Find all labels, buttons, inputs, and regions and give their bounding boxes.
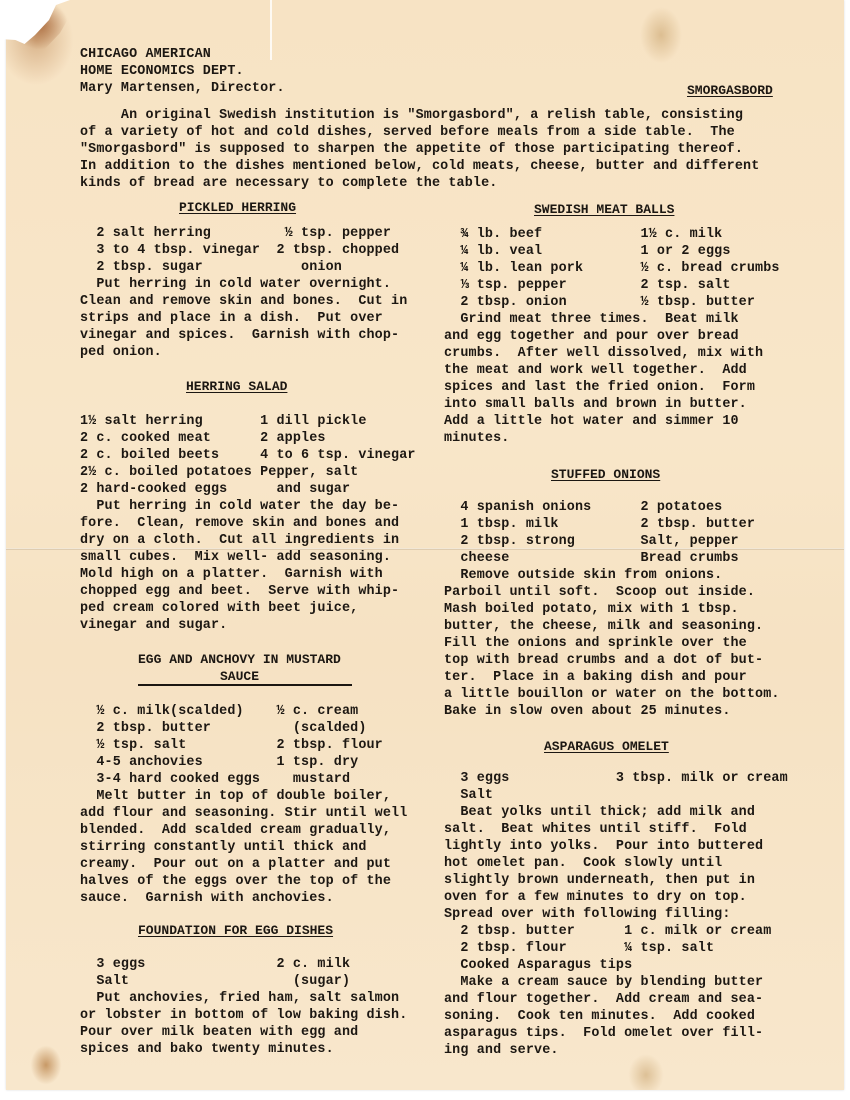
intro-line: "Smorgasbord" is supposed to sharpen the… <box>80 141 743 158</box>
recipe-line: slightly brown underneath, then put in <box>444 872 755 889</box>
recipe-line: Melt butter in top of double boiler, <box>80 788 391 805</box>
recipe-line: Pour over milk beaten with egg and <box>80 1024 358 1041</box>
recipe-line: 3-4 hard cooked eggs mustard <box>80 771 350 788</box>
recipe-line: fore. Clean, remove skin and bones and <box>80 515 399 532</box>
recipe-line: 2 salt herring ½ tsp. pepper <box>80 225 391 242</box>
recipe-line: top with bread crumbs and a dot of but- <box>444 652 763 669</box>
intro-line: of a variety of hot and cold dishes, ser… <box>80 124 735 141</box>
recipe-line: ped onion. <box>80 344 162 361</box>
recipe-line: and flour together. Add cream and sea- <box>444 991 763 1008</box>
recipe-line: 2 tbsp. butter 1 c. milk or cream <box>444 923 771 940</box>
intro-line: An original Swedish institution is "Smor… <box>80 107 743 124</box>
recipe-line: Salt <box>444 787 493 804</box>
recipe-line: ½ tsp. salt 2 tbsp. flour <box>80 737 383 754</box>
recipe-line: 2 tbsp. butter (scalded) <box>80 720 367 737</box>
recipe-line: 2 hard-cooked eggs and sugar <box>80 481 350 498</box>
title-underline <box>138 684 352 686</box>
recipe-line: 4 spanish onions 2 potatoes <box>444 499 722 516</box>
recipe-line: a little bouillon or water on the bottom… <box>444 686 780 703</box>
recipe-title: HERRING SALAD <box>186 378 287 395</box>
recipe-line: ing and serve. <box>444 1042 559 1059</box>
recipe-line: small cubes. Mix well- add seasoning. <box>80 549 391 566</box>
recipe-line: asparagus tips. Fold omelet over fill- <box>444 1025 763 1042</box>
recipe-line: Salt (sugar) <box>80 973 350 990</box>
recipe-line: crumbs. After well dissolved, mix with <box>444 345 763 362</box>
recipe-line: 2 c. boiled beets 4 to 6 tsp. vinegar <box>80 447 416 464</box>
recipe-line: spices and last the fried onion. Form <box>444 379 755 396</box>
recipe-line: 2 tbsp. strong Salt, pepper <box>444 533 739 550</box>
recipe-line: oven for a few minutes to dry on top. <box>444 889 747 906</box>
recipe-title: PICKLED HERRING <box>179 199 296 216</box>
recipe-title: EGG AND ANCHOVY IN MUSTARD <box>138 651 341 668</box>
fold-crease-top <box>270 0 272 60</box>
recipe-line: Beat yolks until thick; add milk and <box>444 804 755 821</box>
org-name: CHICAGO AMERICAN <box>80 46 211 63</box>
recipe-title: SWEDISH MEAT BALLS <box>534 201 674 218</box>
intro-line: In addition to the dishes mentioned belo… <box>80 158 759 175</box>
recipe-line: 1 tbsp. milk 2 tbsp. butter <box>444 516 755 533</box>
recipe-line: 4-5 anchovies 1 tsp. dry <box>80 754 358 771</box>
recipe-line: 2 c. cooked meat 2 apples <box>80 430 326 447</box>
recipe-line: vinegar and sugar. <box>80 617 227 634</box>
recipe-title: FOUNDATION FOR EGG DISHES <box>138 922 333 939</box>
recipe-line: ped cream colored with beet juice, <box>80 600 358 617</box>
recipe-line: Spread over with following filling: <box>444 906 731 923</box>
recipe-line: Put herring in cold water overnight. <box>80 276 391 293</box>
recipe-line: strips and place in a dish. Put over <box>80 310 383 327</box>
recipe-line: ¾ lb. beef 1½ c. milk <box>444 226 722 243</box>
recipe-line: sauce. Garnish with anchovies. <box>80 890 334 907</box>
recipe-line: 3 to 4 tbsp. vinegar 2 tbsp. chopped <box>80 242 399 259</box>
recipe-line: 1½ salt herring 1 dill pickle <box>80 413 367 430</box>
recipe-line: spices and bako twenty minutes. <box>80 1041 334 1058</box>
recipe-line: 2 tbsp. onion ½ tbsp. butter <box>444 294 755 311</box>
recipe-title: ASPARAGUS OMELET <box>544 738 669 755</box>
recipe-line: vinegar and spices. Garnish with chop- <box>80 327 399 344</box>
recipe-line: minutes. <box>444 430 510 447</box>
recipe-line: butter, the cheese, milk and seasoning. <box>444 618 763 635</box>
recipe-line: the meat and work well together. Add <box>444 362 747 379</box>
recipe-line: Mash boiled potato, mix with 1 tbsp. <box>444 601 739 618</box>
recipe-line: ¼ lb. lean pork ½ c. bread crumbs <box>444 260 780 277</box>
recipe-line: Remove outside skin from onions. <box>444 567 722 584</box>
recipe-line: 2 tbsp. sugar onion <box>80 259 342 276</box>
recipe-line: Cooked Asparagus tips <box>444 957 632 974</box>
recipe-line: stirring constantly until thick and <box>80 839 367 856</box>
recipe-title: STUFFED ONIONS <box>551 466 660 483</box>
recipe-line: Clean and remove skin and bones. Cut in <box>80 293 407 310</box>
recipe-line: add flour and seasoning. Stir until well <box>80 805 407 822</box>
recipe-title-cont: SAUCE <box>220 668 259 685</box>
recipe-line: dry on a cloth. Cut all ingredients in <box>80 532 399 549</box>
recipe-line: blended. Add scalded cream gradually, <box>80 822 391 839</box>
recipe-line: soning. Cook ten minutes. Add cooked <box>444 1008 755 1025</box>
recipe-line: lightly into yolks. Pour into buttered <box>444 838 763 855</box>
recipe-line: or lobster in bottom of low baking dish. <box>80 1007 407 1024</box>
recipe-line: ⅓ tsp. pepper 2 tsp. salt <box>444 277 731 294</box>
recipe-line: ¼ lb. veal 1 or 2 eggs <box>444 243 731 260</box>
recipe-line: chopped egg and beet. Serve with whip- <box>80 583 399 600</box>
recipe-line: ter. Place in a baking dish and pour <box>444 669 747 686</box>
recipe-line: cheese Bread crumbs <box>444 550 739 567</box>
recipe-line: 2 tbsp. flour ¼ tsp. salt <box>444 940 714 957</box>
recipe-line: into small balls and brown in butter. <box>444 396 747 413</box>
recipe-line: Add a little hot water and simmer 10 <box>444 413 739 430</box>
recipe-line: Mold high on a platter. Garnish with <box>80 566 383 583</box>
director: Mary Martensen, Director. <box>80 80 285 97</box>
recipe-line: halves of the eggs over the top of the <box>80 873 391 890</box>
intro-line: kinds of bread are necessary to complete… <box>80 175 497 192</box>
recipe-line: 3 eggs 3 tbsp. milk or cream <box>444 770 788 787</box>
recipe-line: Make a cream sauce by blending butter <box>444 974 763 991</box>
recipe-line: 3 eggs 2 c. milk <box>80 956 350 973</box>
department: HOME ECONOMICS DEPT. <box>80 63 244 80</box>
recipe-line: Parboil until soft. Scoop out inside. <box>444 584 755 601</box>
recipe-line: Put herring in cold water the day be- <box>80 498 399 515</box>
recipe-line: Grind meat three times. Beat milk <box>444 311 739 328</box>
recipe-line: Put anchovies, fried ham, salt salmon <box>80 990 399 1007</box>
recipe-line: and egg together and pour over bread <box>444 328 739 345</box>
recipe-line: hot omelet pan. Cook slowly until <box>444 855 722 872</box>
recipe-line: Fill the onions and sprinkle over the <box>444 635 747 652</box>
recipe-line: salt. Beat whites until stiff. Fold <box>444 821 747 838</box>
recipe-line: ½ c. milk(scalded) ½ c. cream <box>80 703 358 720</box>
page-title: SMORGASBORD <box>687 82 773 99</box>
recipe-line: creamy. Pour out on a platter and put <box>80 856 391 873</box>
recipe-line: Bake in slow oven about 25 minutes. <box>444 703 731 720</box>
recipe-line: 2½ c. boiled potatoes Pepper, salt <box>80 464 358 481</box>
